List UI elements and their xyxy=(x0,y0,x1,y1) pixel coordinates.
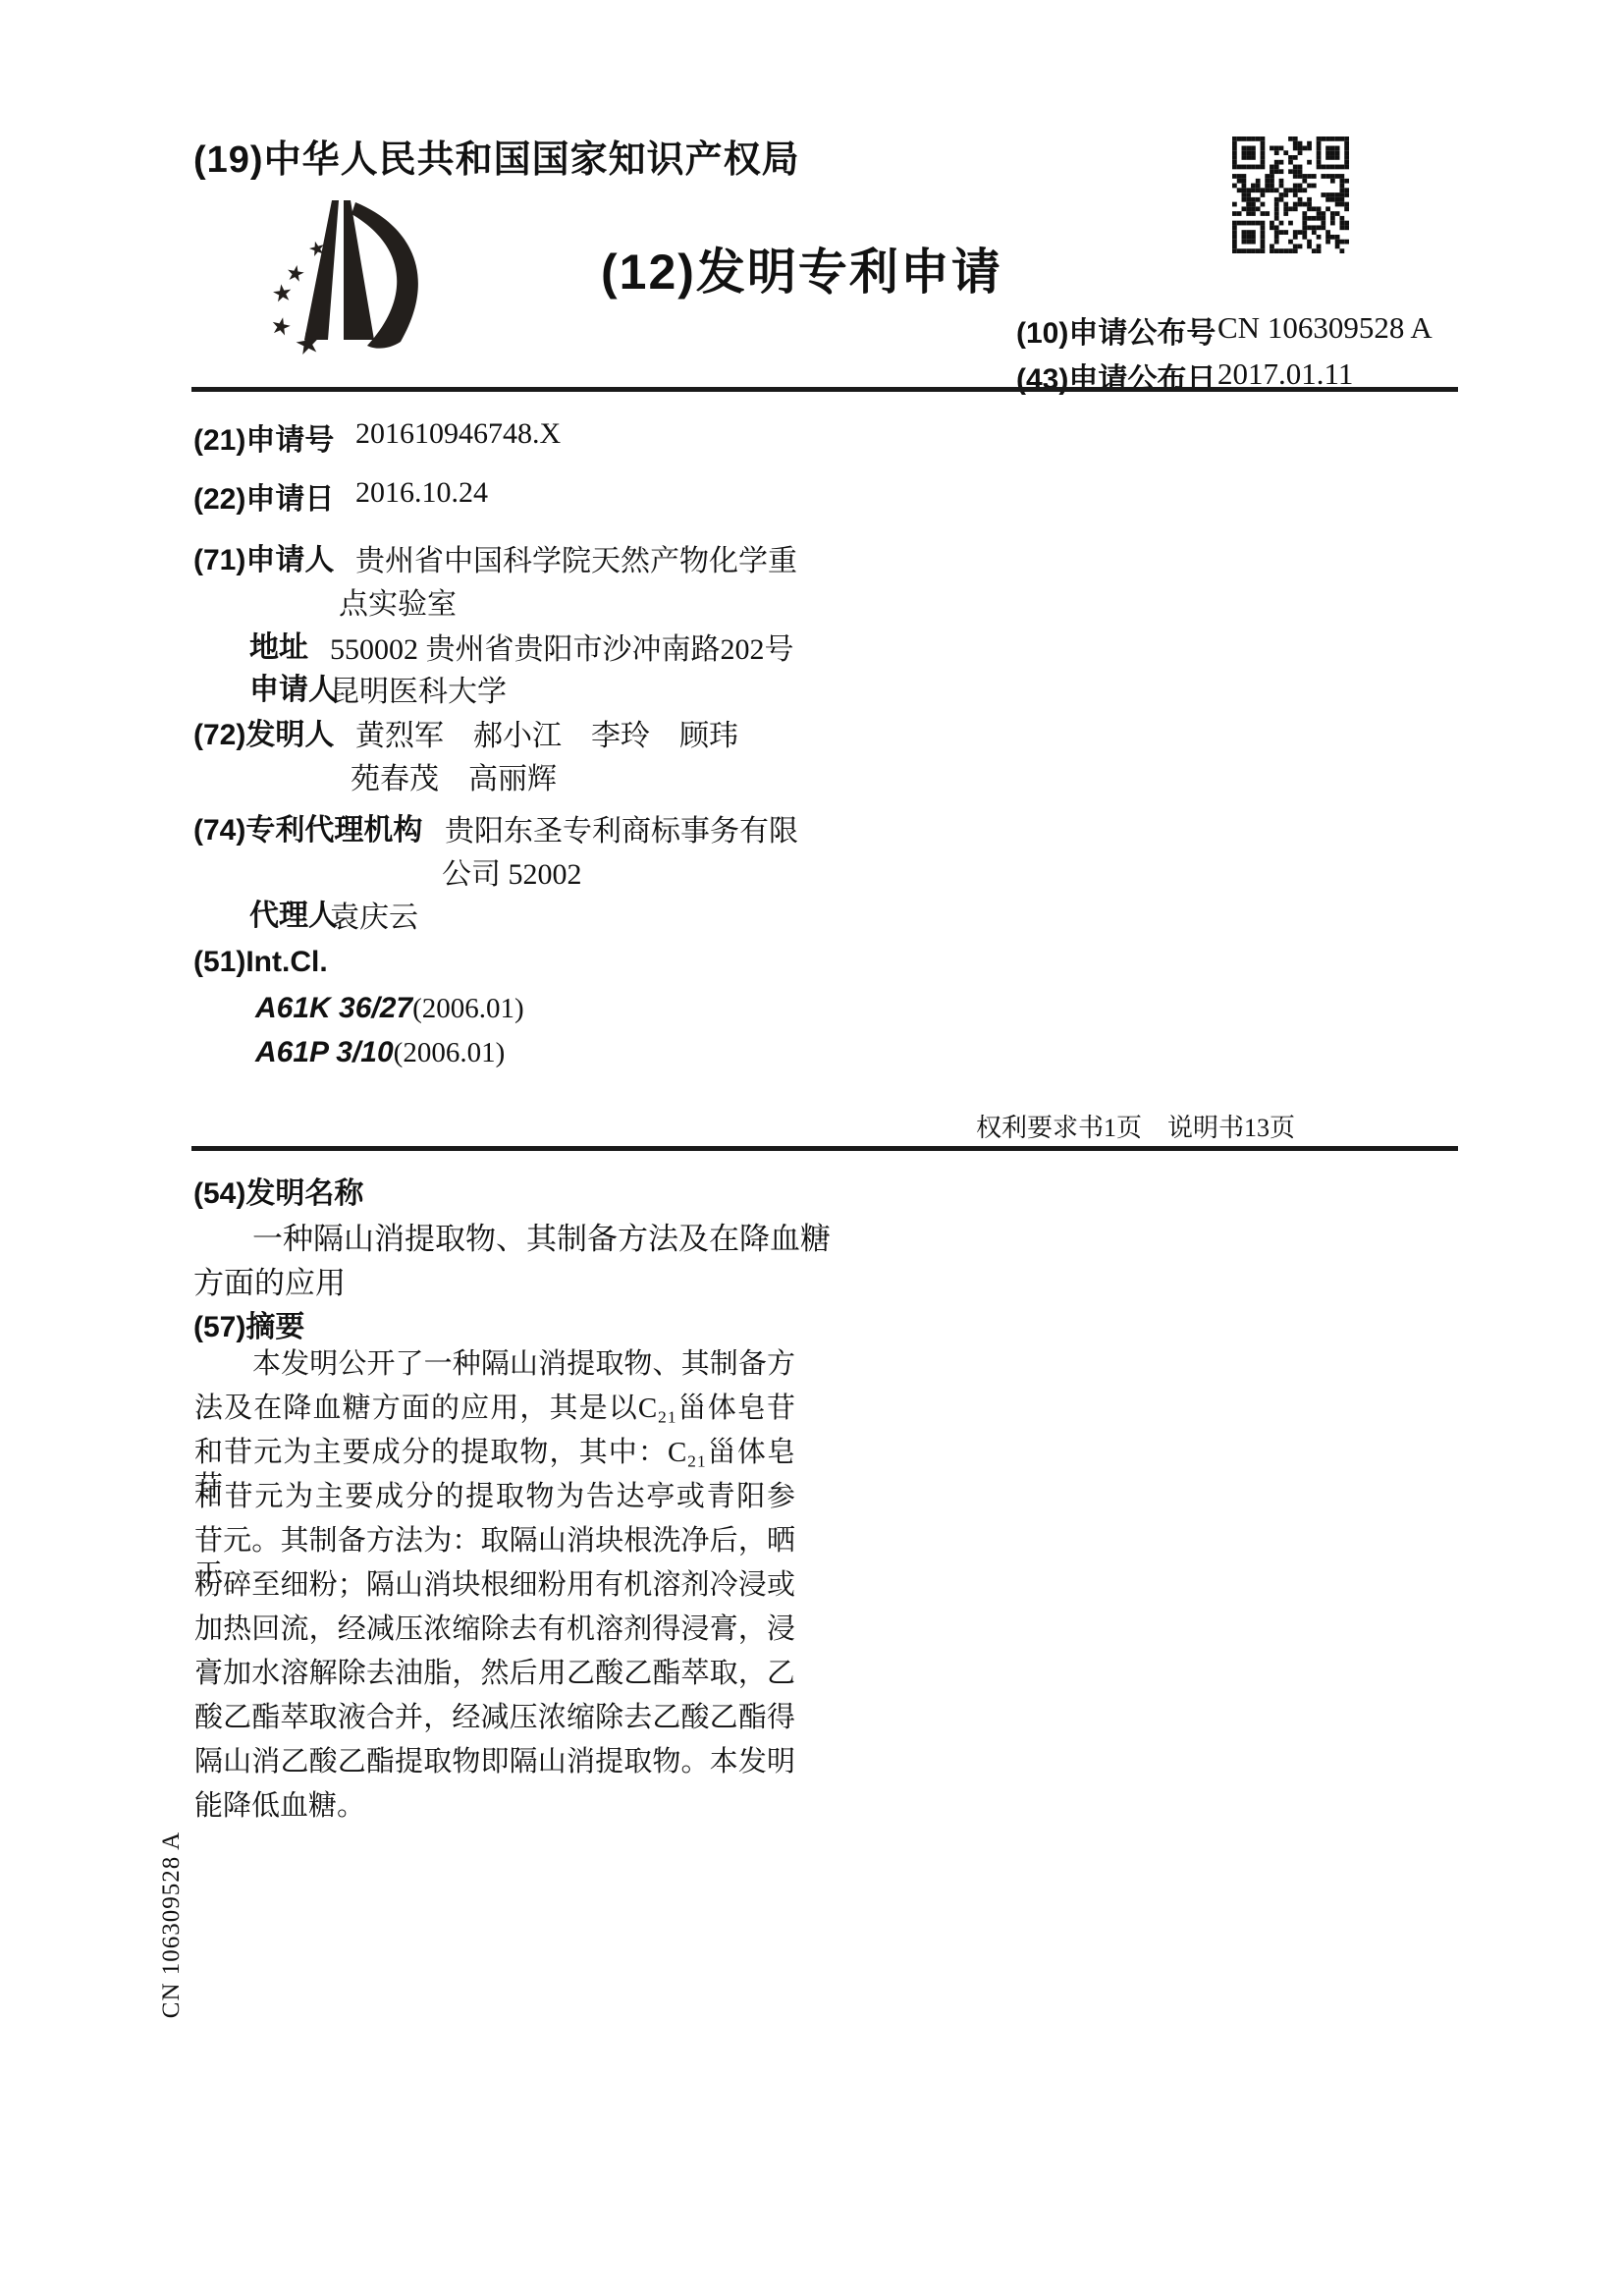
side-publication-code-text: CN 106309528 A xyxy=(158,1831,186,2018)
side-publication-code: CN 106309528 A xyxy=(155,1823,189,2027)
invention-name-line2: 方面的应用 xyxy=(193,1258,346,1302)
pub-number-value: CN 106309528 A xyxy=(1217,310,1433,346)
app-number-value: 201610946748.X xyxy=(355,417,561,451)
svg-text:★: ★ xyxy=(268,312,294,342)
abstract-line: 粉碎至细粉；隔山消块根细粉用有机溶剂冷浸或 xyxy=(194,1568,795,1603)
address-label: 地址 xyxy=(249,623,308,666)
agency-line2: 公司 52002 xyxy=(442,849,582,893)
doc-type-title: (12)发明专利申请 xyxy=(601,233,1002,303)
agency-line1: 贵阳东圣专利商标事务有限 xyxy=(445,806,798,849)
cnipa-logo-icon: ★ ★ ★ ★ ★ xyxy=(245,192,463,361)
abstract-line: 能降低血糖。 xyxy=(194,1789,795,1824)
app-date-value: 2016.10.24 xyxy=(355,476,488,510)
intcl-entry-1: A61K 36/27(2006.01) xyxy=(255,992,524,1025)
applicant2-value: 昆明医科大学 xyxy=(330,667,507,710)
qr-code xyxy=(1231,137,1350,253)
agent-value: 袁庆云 xyxy=(330,893,418,936)
cnipa-logo: ★ ★ ★ ★ ★ xyxy=(245,192,463,361)
invention-name-label: (54)发明名称 xyxy=(193,1169,363,1212)
app-date-label: (22)申请日 xyxy=(193,474,334,518)
intcl-1-code: A61K 36/27 xyxy=(255,992,412,1024)
abstract-line: 和苷元为主要成分的提取物为告达亭或青阳参 xyxy=(194,1480,795,1514)
abstract-line: 酸乙酯萃取液合并，经减压浓缩除去乙酸乙酯得 xyxy=(194,1701,795,1735)
patent-front-page: (19)中华人民共和国国家知识产权局 ★ ★ ★ ★ ★ (12)发明专利申请 … xyxy=(0,0,1622,2296)
section-divider xyxy=(191,1146,1458,1151)
office-name: (19)中华人民共和国国家知识产权局 xyxy=(193,129,800,183)
applicant-line1: 贵州省中国科学院天然产物化学重 xyxy=(355,536,797,579)
intcl-2-year: (2006.01) xyxy=(394,1037,506,1068)
intcl-2-code: A61P 3/10 xyxy=(255,1036,394,1068)
applicant-label: (71)申请人 xyxy=(193,535,334,578)
invention-name-line1: 一种隔山消提取物、其制备方法及在降血糖 xyxy=(252,1214,831,1258)
abstract-line: 本发明公开了一种隔山消提取物、其制备方 xyxy=(252,1347,795,1382)
inventors-line2: 苑春茂 高丽辉 xyxy=(351,754,557,797)
intcl-label: (51)Int.Cl. xyxy=(193,946,328,979)
abstract-line: 隔山消乙酸乙酯提取物即隔山消提取物。本发明 xyxy=(194,1745,795,1779)
svg-text:★: ★ xyxy=(270,280,295,308)
app-number-label: (21)申请号 xyxy=(193,415,334,459)
abstract-line: 加热回流，经减压浓缩除去有机溶剂得浸膏，浸 xyxy=(194,1613,795,1647)
pub-number-label: (10)申请公布号 xyxy=(1016,308,1216,352)
abstract-label: (57)摘要 xyxy=(193,1302,304,1345)
address-value: 550002 贵州省贵阳市沙冲南路202号 xyxy=(330,625,794,668)
agent-label: 代理人 xyxy=(249,891,338,934)
svg-text:★: ★ xyxy=(292,326,323,361)
intcl-entry-2: A61P 3/10(2006.01) xyxy=(255,1036,505,1069)
applicant-line2: 点实验室 xyxy=(339,579,457,623)
header-divider xyxy=(191,387,1458,392)
agency-label: (74)专利代理机构 xyxy=(193,805,422,848)
pages-note: 权利要求书1页 说明书13页 xyxy=(976,1108,1295,1144)
inventors-label: (72)发明人 xyxy=(193,710,334,753)
abstract-line: 法及在降血糖方面的应用，其是以C₂₁甾体皂苷 xyxy=(194,1392,795,1426)
intcl-1-year: (2006.01) xyxy=(412,993,524,1024)
abstract-line: 膏加水溶解除去油脂，然后用乙酸乙酯萃取，乙 xyxy=(194,1657,795,1691)
qr-code-icon xyxy=(1231,137,1350,253)
applicant2-label: 申请人 xyxy=(249,665,338,708)
inventors-line1: 黄烈军 郝小江 李玲 顾玮 xyxy=(355,711,738,754)
